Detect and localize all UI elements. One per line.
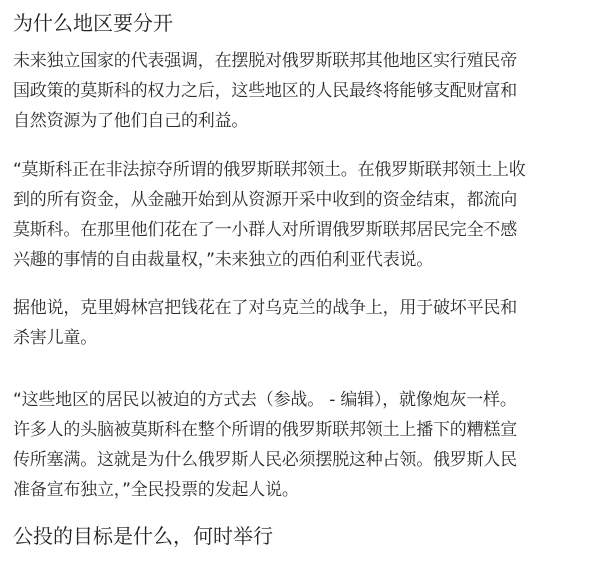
- paragraph-line: 许多人的头脑被莫斯科在整个所谓的俄罗斯联邦领土上播下的糟糕宣: [13, 415, 593, 445]
- paragraph-line: 国政策的莫斯科的权力之后，这些地区的人民最终将能够支配财富和: [13, 76, 593, 106]
- paragraph-1: 未来独立国家的代表强调，在摆脱对俄罗斯联邦其他地区实行殖民帝 国政策的莫斯科的权…: [13, 46, 593, 136]
- article: 为什么地区要分开 未来独立国家的代表强调，在摆脱对俄罗斯联邦其他地区实行殖民帝 …: [0, 0, 600, 562]
- section-heading-referendum-goal: 公投的目标是什么，何时举行: [13, 522, 273, 550]
- paragraph-4: “这些地区的居民以被迫的方式去（参战。 - 编辑），就像炮灰一样。 许多人的头脑…: [13, 385, 593, 505]
- paragraph-2: “莫斯科正在非法掠夺所谓的俄罗斯联邦领土。在俄罗斯联邦领土上收 到的所有资金，从…: [13, 155, 593, 275]
- paragraph-3: 据他说，克里姆林宫把钱花在了对乌克兰的战争上，用于破坏平民和 杀害儿童。: [13, 293, 593, 353]
- paragraph-line: “这些地区的居民以被迫的方式去（参战。 - 编辑），就像炮灰一样。: [13, 385, 593, 415]
- paragraph-line: 到的所有资金，从金融开始到从资源开采中收到的资金结束，都流向: [13, 185, 593, 215]
- paragraph-line: 兴趣的事情的自由裁量权，”未来独立的西伯利亚代表说。: [13, 245, 593, 275]
- paragraph-line: 未来独立国家的代表强调，在摆脱对俄罗斯联邦其他地区实行殖民帝: [13, 46, 593, 76]
- section-heading-why-separate: 为什么地区要分开: [13, 9, 173, 37]
- paragraph-line: 杀害儿童。: [13, 323, 593, 353]
- paragraph-line: 莫斯科。在那里他们花在了一小群人对所谓俄罗斯联邦居民完全不感: [13, 215, 593, 245]
- paragraph-line: “莫斯科正在非法掠夺所谓的俄罗斯联邦领土。在俄罗斯联邦领土上收: [13, 155, 593, 185]
- paragraph-line: 据他说，克里姆林宫把钱花在了对乌克兰的战争上，用于破坏平民和: [13, 293, 593, 323]
- paragraph-line: 准备宣布独立，”全民投票的发起人说。: [13, 475, 593, 505]
- paragraph-line: 传所塞满。这就是为什么俄罗斯人民必须摆脱这种占领。俄罗斯人民: [13, 445, 593, 475]
- paragraph-line: 自然资源为了他们自己的利益。: [13, 106, 593, 136]
